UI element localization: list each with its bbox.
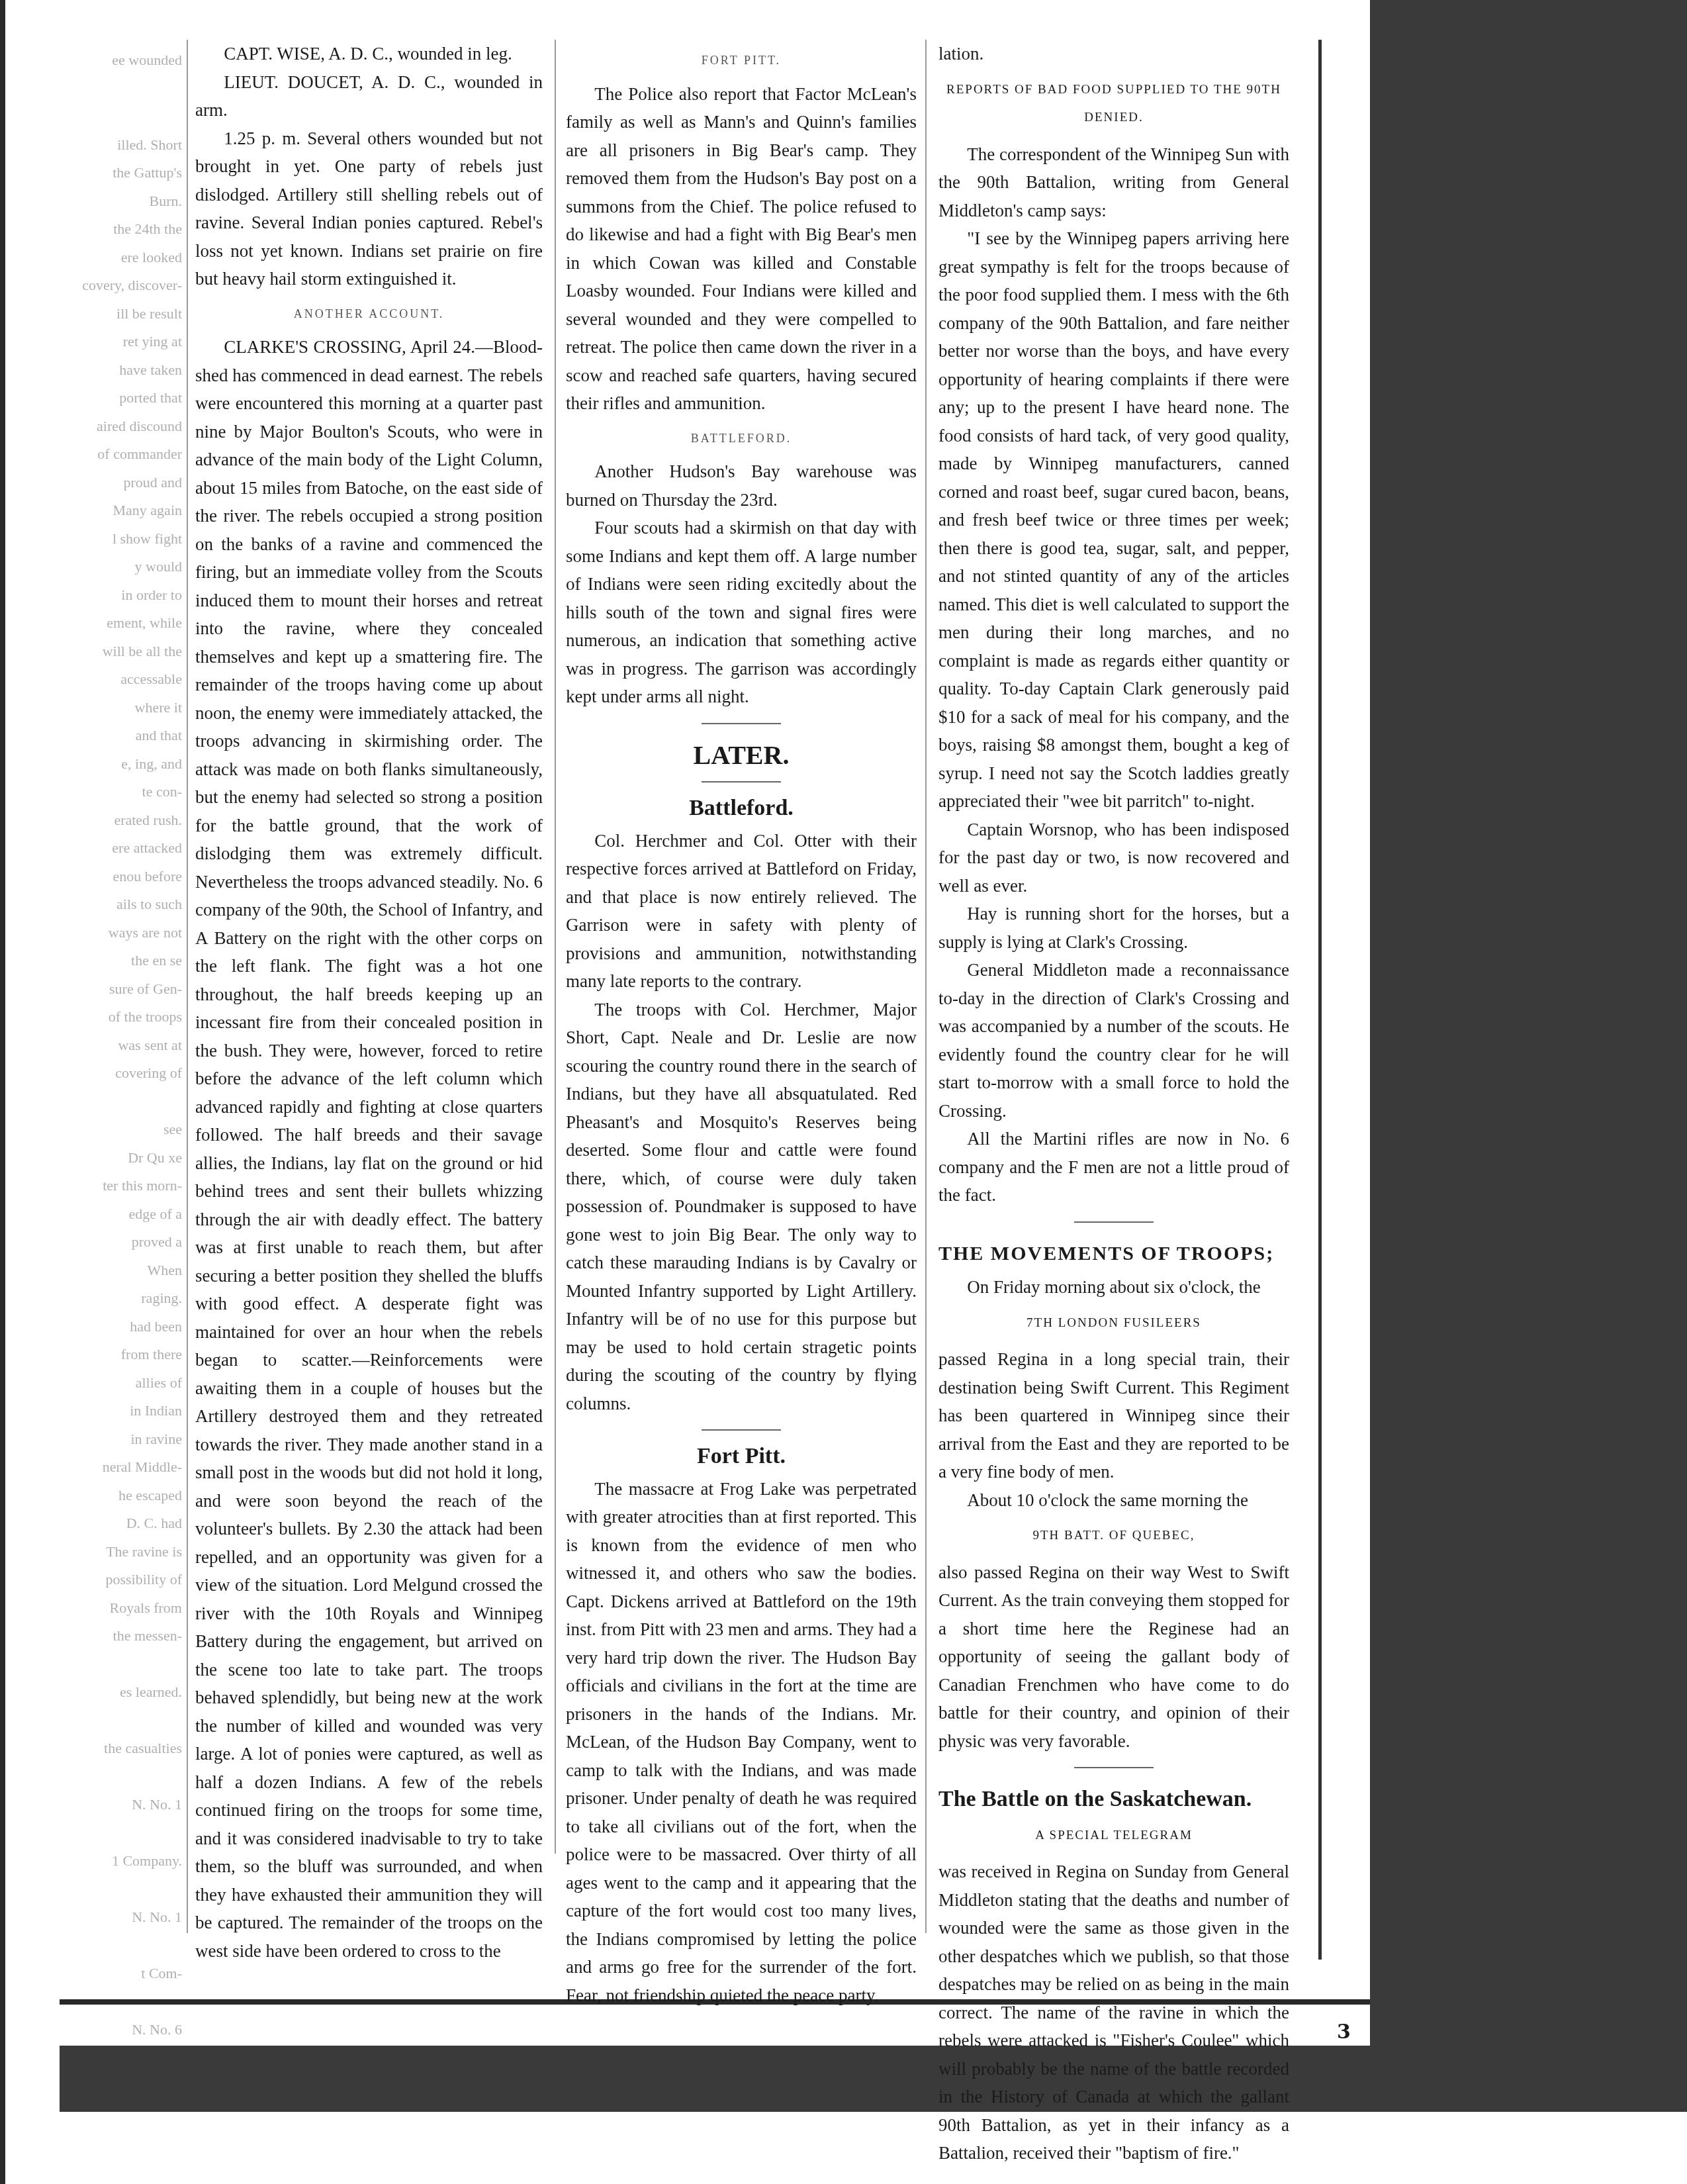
section-divider — [1074, 1221, 1154, 1223]
fragment-line: he escaped — [40, 1482, 182, 1510]
article-paragraph: LIEUT. DOUCET, A. D. C., wounded in arm. — [195, 68, 543, 124]
article-paragraph: "I see by the Winnipeg papers arriving h… — [938, 224, 1289, 816]
page-number: 3 — [1337, 2020, 1351, 2044]
fragment-line: Royals from — [40, 1594, 182, 1623]
fragment-line: ere attacked — [40, 834, 182, 863]
scan-left-edge — [0, 0, 5, 2184]
fragment-line: neral Middle- — [40, 1453, 182, 1482]
fragment-line: from there — [40, 1341, 182, 1369]
fragment-line: ret ying at — [40, 328, 182, 356]
fragment-line: 1 Company. — [40, 1847, 182, 1875]
fragment-line: the en se — [40, 947, 182, 975]
fragment-line: Burn. — [40, 187, 182, 216]
fragment-line: ails to such — [40, 890, 182, 919]
fragment-line — [40, 1088, 182, 1116]
fragment-line: have taken — [40, 356, 182, 385]
section-heading: A SPECIAL TELEGRAM — [938, 1822, 1289, 1850]
fragment-line: accessable — [40, 665, 182, 694]
article-paragraph: The massacre at Frog Lake was perpetrate… — [566, 1475, 917, 2010]
scan-dark-margin-right — [1370, 0, 1687, 2105]
article-column-3: lation.REPORTS OF BAD FOOD SUPPLIED TO T… — [938, 40, 1289, 2167]
article-paragraph: Hay is running short for the horses, but… — [938, 900, 1289, 956]
section-heading: LATER. — [566, 741, 917, 770]
fragment-line: te con- — [40, 778, 182, 806]
section-heading: BATTLEFORD. — [566, 424, 917, 453]
fragment-line: N. No. 6 — [40, 2016, 182, 2044]
fragment-line: ement, while — [40, 609, 182, 638]
fragment-line — [40, 1819, 182, 1848]
article-paragraph: passed Regina in a long special train, t… — [938, 1345, 1289, 1486]
fragment-line: the messen- — [40, 1622, 182, 1650]
fragment-line: proved a — [40, 1228, 182, 1257]
fragment-line — [40, 1763, 182, 1791]
fragment-line: in Indian — [40, 1397, 182, 1425]
fragment-line: was sent at — [40, 1031, 182, 1060]
fragment-line: possibility of — [40, 1566, 182, 1594]
article-paragraph: The correspondent of the Winnipeg Sun wi… — [938, 140, 1289, 225]
fragment-line: in ravine — [40, 1425, 182, 1454]
fragment-line: e, ing, and — [40, 750, 182, 779]
section-divider — [702, 781, 781, 783]
left-fragment-column: ee wounded illed. Shortthe Gattup'sBurn.… — [40, 46, 182, 2044]
section-divider — [702, 723, 781, 724]
fragment-line: allies of — [40, 1369, 182, 1398]
article-paragraph: All the Martini rifles are now in No. 6 … — [938, 1125, 1289, 1210]
article-paragraph: About 10 o'clock the same morning the — [938, 1486, 1289, 1515]
article-paragraph: Captain Worsnop, who has been indisposed… — [938, 816, 1289, 900]
article-paragraph: CAPT. WISE, A. D. C., wounded in leg. — [195, 40, 543, 68]
article-paragraph: The troops with Col. Herchmer, Major Sho… — [566, 996, 917, 1418]
section-divider — [702, 1429, 781, 1431]
section-heading: ANOTHER ACCOUNT. — [195, 300, 543, 328]
fragment-line: N. No. 1 — [40, 1791, 182, 1819]
fragment-line: the 24th the — [40, 215, 182, 244]
fragment-line: raging. — [40, 1284, 182, 1313]
fragment-line: es learned. — [40, 1678, 182, 1707]
fragment-line — [40, 1650, 182, 1679]
fragment-line: ee wounded — [40, 46, 182, 75]
fragment-line: will be all the — [40, 638, 182, 666]
article-paragraph: was received in Regina on Sunday from Ge… — [938, 1858, 1289, 2167]
page-gutter — [1318, 40, 1322, 1960]
section-heading: 7TH LONDON FUSILEERS — [938, 1309, 1289, 1338]
article-paragraph: 1.25 p. m. Several others wounded but no… — [195, 124, 543, 293]
section-heading: Fort Pitt. — [566, 1443, 917, 1471]
fragment-line: in order to — [40, 581, 182, 610]
fragment-line: t Com- — [40, 1960, 182, 1988]
fragment-line: covery, discover- — [40, 271, 182, 300]
fragment-line — [40, 1932, 182, 1960]
fragment-line: Dr Qu xe — [40, 1144, 182, 1172]
fragment-line: aired discound — [40, 412, 182, 441]
fragment-line: enou before — [40, 863, 182, 891]
fragment-line: sure of Gen- — [40, 975, 182, 1004]
scan-dark-margin-bottom — [60, 2046, 1687, 2112]
article-column-2: FORT PITT.The Police also report that Fa… — [566, 40, 917, 2009]
article-paragraph: The Police also report that Factor McLea… — [566, 80, 917, 418]
article-paragraph: Four scouts had a skirmish on that day w… — [566, 514, 917, 711]
article-paragraph: Col. Herchmer and Col. Otter with their … — [566, 827, 917, 996]
fragment-line: of the troops — [40, 1003, 182, 1031]
fragment-line — [40, 1707, 182, 1735]
fragment-line: ways are not — [40, 919, 182, 947]
section-heading: REPORTS OF BAD FOOD SUPPLIED TO THE 90TH… — [938, 76, 1289, 132]
section-divider — [1074, 1767, 1154, 1768]
fragment-line — [40, 1875, 182, 1904]
section-heading: Battleford. — [566, 794, 917, 823]
fragment-line: When — [40, 1257, 182, 1285]
fragment-line — [40, 75, 182, 103]
fragment-line: proud and — [40, 469, 182, 497]
fragment-line: y would — [40, 553, 182, 581]
fragment-line: D. C. had — [40, 1509, 182, 1538]
article-paragraph: also passed Regina on their way West to … — [938, 1558, 1289, 1756]
column-rule — [555, 40, 556, 1854]
fragment-line: The ravine is — [40, 1538, 182, 1566]
fragment-line: erated rush. — [40, 806, 182, 835]
fragment-line: the casualties — [40, 1734, 182, 1763]
fragment-line — [40, 1988, 182, 2017]
section-heading: 9TH BATT. OF QUEBEC, — [938, 1522, 1289, 1550]
fragment-line: had been — [40, 1313, 182, 1341]
fragment-line: ter this morn- — [40, 1172, 182, 1200]
section-heading: THE MOVEMENTS OF TROOPS; — [938, 1240, 1289, 1268]
fragment-line — [40, 103, 182, 131]
fragment-line: illed. Short — [40, 131, 182, 160]
fragment-line: Many again — [40, 497, 182, 525]
fragment-line: where it — [40, 694, 182, 722]
section-heading: The Battle on the Saskatchewan. — [938, 1785, 1289, 1814]
fragment-line: ported that — [40, 384, 182, 412]
article-paragraph: General Middleton made a reconnaissance … — [938, 956, 1289, 1125]
fragment-line: the Gattup's — [40, 159, 182, 187]
article-paragraph: Another Hudson's Bay warehouse was burne… — [566, 457, 917, 514]
column-rule — [925, 40, 927, 1933]
article-paragraph: CLARKE'S CROSSING, April 24.—Blood-shed … — [195, 333, 543, 1965]
article-paragraph: On Friday morning about six o'clock, the — [938, 1273, 1289, 1302]
article-column-1: CAPT. WISE, A. D. C., wounded in leg.LIE… — [195, 40, 543, 1965]
fragment-line: covering of — [40, 1059, 182, 1088]
fragment-line: see — [40, 1116, 182, 1144]
fragment-line: edge of a — [40, 1200, 182, 1229]
fragment-line: N. No. 1 — [40, 1903, 182, 1932]
article-paragraph: lation. — [938, 40, 1289, 68]
fragment-line: of commander — [40, 440, 182, 469]
fragment-line: and that — [40, 722, 182, 750]
fragment-line: l show fight — [40, 525, 182, 553]
fragment-line: ill be result — [40, 300, 182, 328]
section-heading: FORT PITT. — [566, 46, 917, 75]
fragment-line: ere looked — [40, 244, 182, 272]
column-rule — [187, 40, 188, 1933]
